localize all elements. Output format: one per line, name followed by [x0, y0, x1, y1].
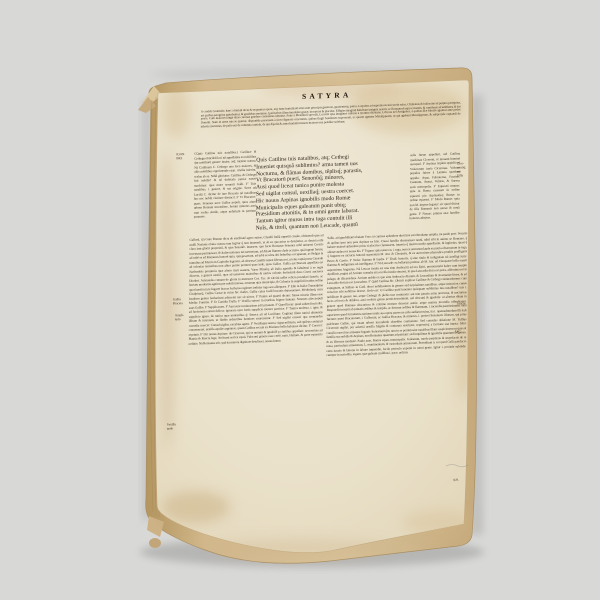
margin-note-vexilla: Vexilla unde: [167, 422, 185, 431]
verse-text: Quis Catilina tuis natalibus, atq; Cethe…: [256, 152, 427, 234]
running-title: SATYRA: [217, 87, 437, 104]
margin-note-commentator: IOAN. BRI.: [176, 152, 192, 161]
commentary-column-lower-left: Gallorũ, q́ à Gure Brenno dicta ob steri…: [187, 233, 323, 469]
screenshot-root: SATYRA A crudeli tyrannide, hanc à humil…: [0, 0, 600, 600]
catchword: q;ia.: [423, 477, 459, 482]
commentary-column-upper-left: CQuis Catilina tuis natalibus.) Catilinæ…: [194, 150, 257, 238]
printed-page: SATYRA A crudeli tyrannide, hanc à humil…: [153, 81, 469, 532]
commentary-column-lower-right: Sallu. ait ignobilitatẽ obuiam Vrso: ut …: [325, 231, 467, 481]
top-commentary: A crudeli tyrannide, hanc à humili dicta…: [200, 101, 460, 147]
